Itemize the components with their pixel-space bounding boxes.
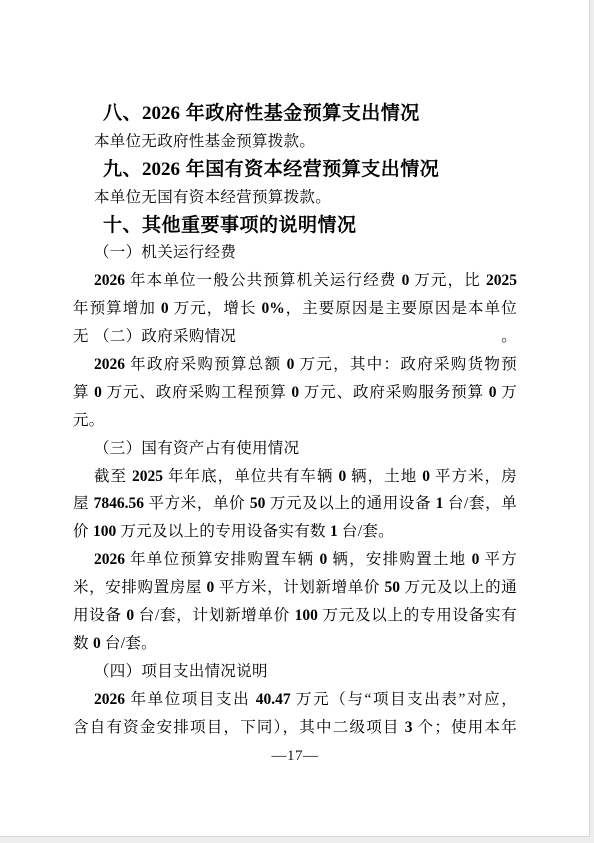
numeric-value: 0% [262,300,285,317]
paragraph-line: 2026 年单位项目支出 40.47 万元（与“项目支出表”对应， [73,686,517,714]
page-number: —17— [73,748,517,765]
numeric-value: 0 [291,384,299,401]
numeric-value: 0 [422,468,430,485]
paragraph-line: 算 0 万元、政府采购工程预算 0 万元、政府采购服务预算 0 万 [73,379,517,407]
numeric-value: 0 [402,272,410,289]
paragraph-line: （三）国有资产占有使用情况 [73,435,517,463]
section-heading: 九、2026 年国有资本经营预算支出情况 [73,156,517,184]
numeric-value: 0 [94,384,102,401]
numeric-value: 40.47 [256,691,291,708]
paragraph-line: 年预算增加 0 万元，增长 0%，主要原因是主要原因是本单位无。 [73,295,517,323]
numeric-value: 0 [338,468,346,485]
paragraph-line: 价 100 万元及以上的专用设备实有数 1 台/套。 [73,518,517,546]
numeric-value: 0 [161,300,169,317]
paragraph-line: 2026 年单位预算安排购置车辆 0 辆，安排购置土地 0 平方 [73,546,517,574]
numeric-value: 0 [472,551,480,568]
numeric-value: 2026 [94,551,125,568]
numeric-value: 0 [489,384,497,401]
paragraph-line: （一）机关运行经费 [73,239,517,267]
paragraph-line: （四）项目支出情况说明 [73,658,517,686]
document-viewport: 八、2026 年政府性基金预算支出情况本单位无政府性基金预算拨款。九、2026 … [0,0,594,843]
paragraph-line: 2026 年本单位一般公共预算机关运行经费 0 万元，比 2025 [73,267,517,295]
paragraph-line: 本单位无国有资本经营预算拨款。 [73,184,517,212]
numeric-value: 2026 [94,356,125,373]
numeric-value: 0 [287,356,295,373]
numeric-value: 0 [93,635,101,652]
paragraph-line: 数 0 台/套。 [73,630,517,658]
paragraph-line: 含自有资金安排项目，下同），其中二级项目 3 个；使用本年 [73,714,517,742]
numeric-value: 0 [206,579,214,596]
numeric-value: 7846.56 [94,495,144,512]
numeric-value: 0 [126,607,134,624]
numeric-value: 2025 [486,272,517,289]
numeric-value: 2025 [132,468,163,485]
numeric-value: 3 [405,719,413,736]
paragraph-line: 2026 年政府采购预算总额 0 万元，其中：政府采购货物预 [73,351,517,379]
section-heading: 十、其他重要事项的说明情况 [73,212,517,240]
paragraph-line: 用设备 0 台/套，计划新增单价 100 万元及以上的专用设备实有 [73,602,517,630]
paragraph-line: 截至 2025 年年底，单位共有车辆 0 辆，土地 0 平方米，房 [73,463,517,491]
paragraph-line: 米，安排购置房屋 0 平方米，计划新增单价 50 万元及以上的通 [73,574,517,602]
numeric-value: 1 [330,523,338,540]
numeric-value: 2026 [142,103,180,124]
section-heading: 八、2026 年政府性基金预算支出情况 [73,100,517,128]
numeric-value: 100 [93,523,116,540]
numeric-value: 100 [295,607,318,624]
numeric-value: 2026 [142,159,180,180]
numeric-value: 2026 [94,272,125,289]
numeric-value: 0 [320,551,328,568]
document-page: 八、2026 年政府性基金预算支出情况本单位无政府性基金预算拨款。九、2026 … [0,0,590,837]
numeric-value: 50 [250,495,266,512]
numeric-value: 2026 [94,691,125,708]
document-body: 八、2026 年政府性基金预算支出情况本单位无政府性基金预算拨款。九、2026 … [0,100,589,741]
numeric-value: 50 [384,579,400,596]
paragraph-line: 屋 7846.56 平方米，单价 50 万元及以上的通用设备 1 台/套，单 [73,490,517,518]
paragraph-line: 元。 [73,407,517,435]
paragraph-line: 本单位无政府性基金预算拨款。 [73,128,517,156]
numeric-value: 1 [436,495,444,512]
